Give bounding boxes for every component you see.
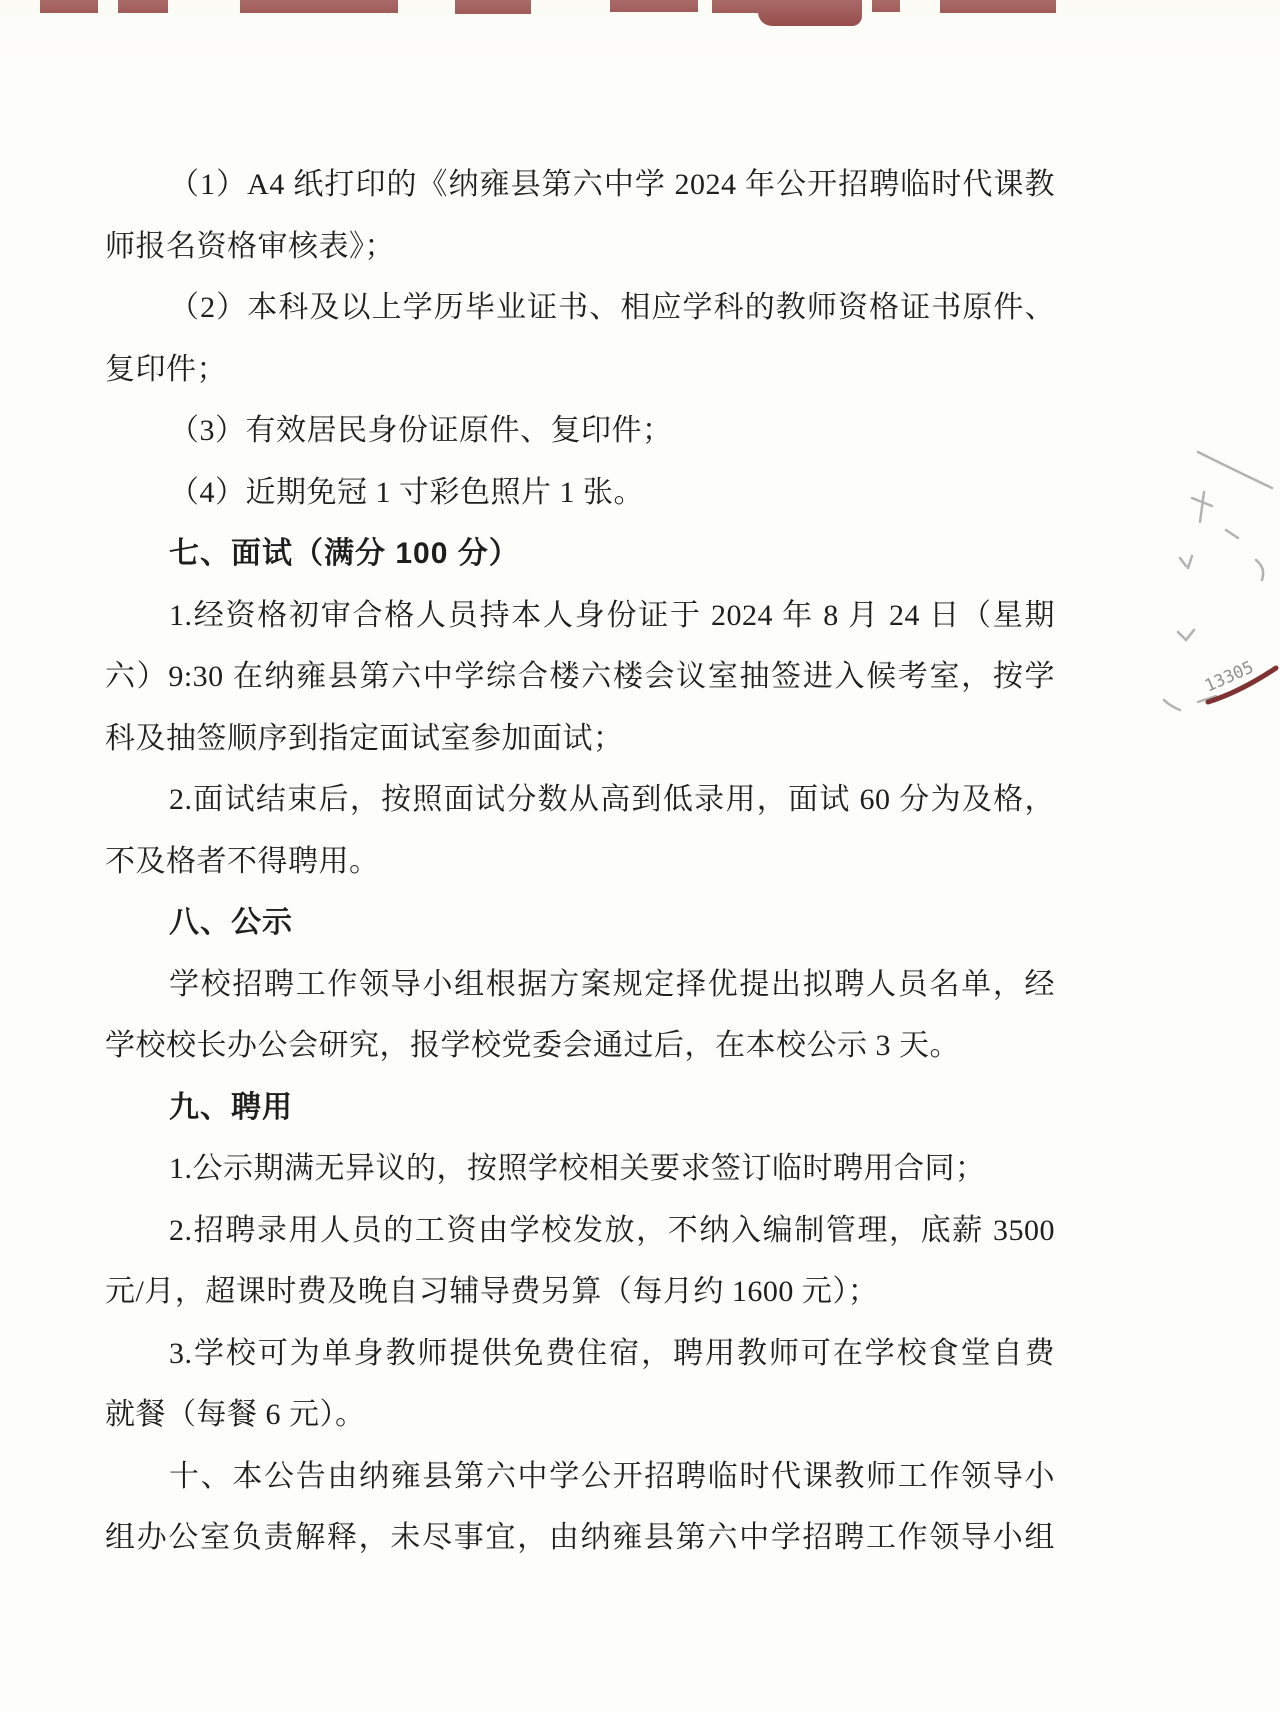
red-header-fragment	[872, 0, 900, 12]
text-line: 六）9:30 在纳雍县第六中学综合楼六楼会议室抽签进入候考室，按学	[105, 646, 1055, 708]
pencil-stroke	[1198, 452, 1272, 488]
text-line: （2）本科及以上学历毕业证书、相应学科的教师资格证书原件、	[105, 277, 1055, 339]
red-header-fragment	[240, 0, 398, 13]
red-header-fragment	[758, 0, 862, 26]
handwritten-digits: 13305	[1202, 657, 1257, 696]
text-line: 就餐（每餐 6 元）。	[105, 1384, 1055, 1446]
pencil-stroke	[1256, 560, 1263, 580]
red-header-fragment	[40, 0, 98, 13]
red-header-fragment	[940, 0, 1056, 13]
text-line: 元/月，超课时费及晚自习辅导费另算（每月约 1600 元）；	[105, 1261, 1055, 1323]
text-line: 学校校长办公会研究，报学校党委会通过后，在本校公示 3 天。	[105, 1015, 1055, 1077]
text-line: 复印件；	[105, 339, 1055, 401]
pencil-stroke	[1178, 630, 1194, 640]
section-heading-publicity: 八、公示	[105, 892, 1055, 954]
text-line: 不及格者不得聘用。	[105, 831, 1055, 893]
document-body: （1）A4 纸打印的《纳雍县第六中学 2024 年公开招聘临时代课教 师报名资格…	[105, 154, 1055, 1569]
text-line: 师报名资格审核表》；	[105, 216, 1055, 278]
text-line: 2.面试结束后，按照面试分数从高到低录用，面试 60 分为及格，	[105, 769, 1055, 831]
pencil-stroke	[1226, 530, 1238, 538]
text-line: （1）A4 纸打印的《纳雍县第六中学 2024 年公开招聘临时代课教	[105, 154, 1055, 216]
pencil-stroke	[1164, 700, 1180, 710]
red-header-fragment	[455, 0, 531, 14]
text-line: （3）有效居民身份证原件、复印件；	[105, 400, 1055, 462]
red-header-fragment	[610, 0, 698, 12]
margin-annotation: 13305	[1080, 410, 1280, 740]
text-line: （4）近期免冠 1 寸彩色照片 1 张。	[105, 462, 1055, 524]
section-heading-employment: 九、聘用	[105, 1077, 1055, 1139]
red-header-fragment	[118, 0, 168, 13]
section-heading-interview: 七、面试（满分 100 分）	[105, 523, 1055, 585]
text-line: 组办公室负责解释，未尽事宜，由纳雍县第六中学招聘工作领导小组	[105, 1507, 1055, 1569]
text-line: 学校招聘工作领导小组根据方案规定择优提出拟聘人员名单，经	[105, 954, 1055, 1016]
pencil-stroke	[1192, 492, 1212, 522]
text-line: 3.学校可为单身教师提供免费住宿，聘用教师可在学校食堂自费	[105, 1323, 1055, 1385]
text-line: 十、本公告由纳雍县第六中学公开招聘临时代课教师工作领导小	[105, 1446, 1055, 1508]
pencil-stroke	[1180, 556, 1192, 568]
text-line: 2.招聘录用人员的工资由学校发放，不纳入编制管理，底薪 3500	[105, 1200, 1055, 1262]
scanned-document-page: （1）A4 纸打印的《纳雍县第六中学 2024 年公开招聘临时代课教 师报名资格…	[0, 0, 1280, 1712]
text-line: 1.公示期满无异议的，按照学校相关要求签订临时聘用合同；	[105, 1138, 1055, 1200]
text-line: 科及抽签顺序到指定面试室参加面试；	[105, 708, 1055, 770]
text-line: 1.经资格初审合格人员持本人身份证于 2024 年 8 月 24 日（星期	[105, 585, 1055, 647]
